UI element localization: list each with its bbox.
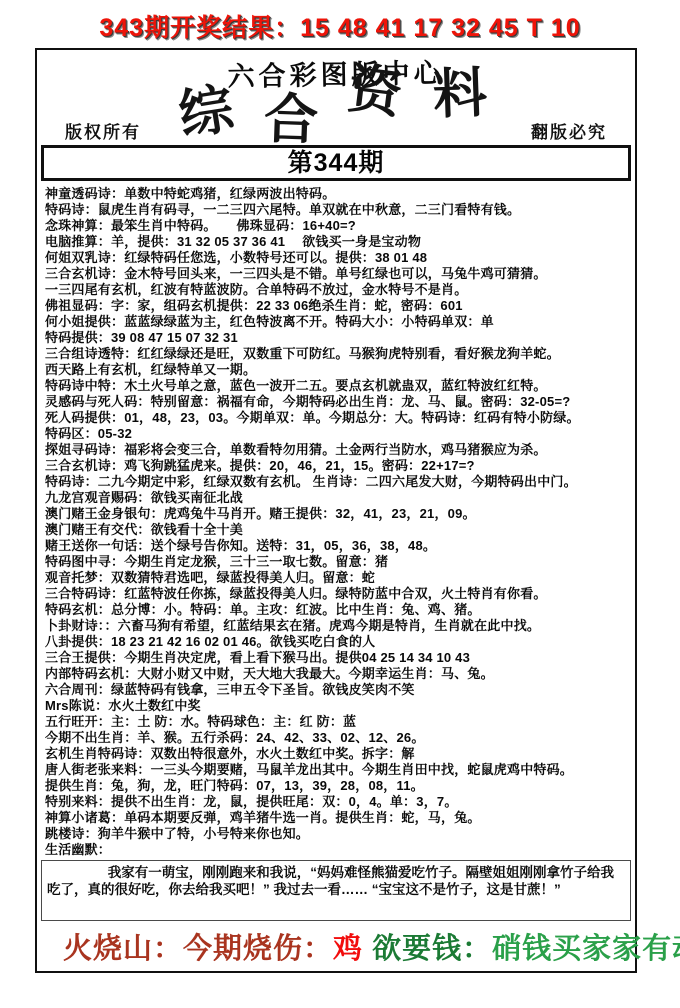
tips-list: 神童透码诗：单数中特蛇鸡猪，红绿两波出特码。特码诗：鼠虎生肖有码寻，一二三四六尾… (37, 181, 635, 858)
tip-line: 跳楼诗：狗羊牛猴中了特，小号特来你也知。 (45, 826, 635, 842)
tip-line: 特码提供：39 08 47 15 07 32 31 (45, 330, 635, 346)
tip-line: 内部特码玄机：大财小财又中财，天大地大我最大。今期幸运生肖：马、兔。 (45, 666, 635, 682)
tip-line: 生活幽默： (45, 842, 635, 858)
footer-tip: 火烧山：今期烧伤：鸡 欲要钱：硝钱买家家有动物 (37, 926, 635, 967)
tip-line: 玄机生肖特码诗：双数出特很意外，水火土数红中奖。拆字：解 (45, 746, 635, 762)
tip-line: 八卦提供：18 23 21 42 16 02 01 46。欲钱买吃白食的人 (45, 634, 635, 650)
tip-line: 电脑推算：羊，提供：31 32 05 37 36 41 欲钱买一身是宝动物 (45, 234, 635, 250)
tip-line: 特码图中寻：今期生肖定龙猴，三十三一取七数。留意：猪 (45, 554, 635, 570)
tip-line: 死人码提供：01，48，23，03。今期单双：单。今期总分：大。特码诗：红码有特… (45, 410, 635, 426)
title-char-2: 合 (263, 91, 325, 147)
tip-line: 五行旺开：主：土 防：水。特码球色：主：红 防：蓝 (45, 714, 635, 730)
humor-box: 我家有一萌宝，刚刚跑来和我说，“妈妈难怪熊猫爱吃竹子。隔壁姐姐刚刚拿竹子给我吃了… (41, 860, 631, 921)
tip-line: 佛祖显码：字：家，组码玄机提供：22 33 06绝杀生肖：蛇，密码：601 (45, 298, 635, 314)
tip-line: 三合玄机诗：鸡飞狗跳猛虎来。提供：20，46，21，15。密码：22+17=? (45, 458, 635, 474)
tip-line: 三合王提供：今期生肖决定虎，看上看下猴马出。提供04 25 14 34 10 4… (45, 650, 635, 666)
masthead: 六合彩图版中心 综 合 资 料 版权所有 翻版必究 (37, 50, 635, 145)
tip-line: 灵感码与死人码：特别留意：祸福有命，今期特码必出生肖：龙、马、鼠。密码：32-0… (45, 394, 635, 410)
tip-line: 特码诗：二九今期定中彩，红绿双数有玄机。 生肖诗：二四六尾发大财，今期特码出中门… (45, 474, 635, 490)
footer-fire-animal: 鸡 (333, 933, 363, 965)
tip-line: 三合组诗透特：红红绿绿还是旺，双数重下可防红。马猴狗虎特别看，看好猴龙狗羊蛇。 (45, 346, 635, 362)
tip-line: 西天路上有玄机，红绿特单又一期。 (45, 362, 635, 378)
main-title: 综 合 资 料 (37, 68, 635, 122)
tip-line: 今期不出生肖：羊、猴。五行杀码：24、42、33、02、12、26。 (45, 730, 635, 746)
tip-line: 观音托梦：双数猜特君选吧，绿蓝投得美人归。留意：蛇 (45, 570, 635, 586)
tip-line: 赌王送你一句话：送个绿号告你知。送特：31，05，36，38，48。 (45, 538, 635, 554)
copyright-notice-left: 版权所有 (65, 118, 141, 143)
tip-line: 念珠神算：最笨生肖中特码。 佛珠显码：16+40=? (45, 218, 635, 234)
tip-line: 特码诗：鼠虎生肖有码寻，一二三四六尾特。单双就在中秋意，二三门看特有钱。 (45, 202, 635, 218)
tip-line: 九龙宫观音赐码：欲钱买南征北战 (45, 490, 635, 506)
title-char-3: 资 (345, 61, 411, 122)
tip-line: 三合特码诗：红蓝特波任你拣，绿蓝投得美人归。绿特防蓝中合双，火土特肖有你看。 (45, 586, 635, 602)
tip-line: Mrs陈说：水火土数红中奖 (45, 698, 635, 714)
tip-line: 特码玄机：总分博：小。特码：单。主攻：红波。比中生肖：兔、鸡、猪。 (45, 602, 635, 618)
tip-line: 探姐寻码诗：福彩将会变三合，单数看特勿用猜。土金两行当防水，鸡马猪猴应为杀。 (45, 442, 635, 458)
tip-line: 神算小诸葛：单码本期要反弹，鸡羊猪牛选一肖。提供生肖：蛇，马，兔。 (45, 810, 635, 826)
footer-money-label: 欲要钱： (363, 933, 492, 965)
tip-line: 六合周刊：绿蓝特码有钱拿，三申五令下圣旨。欲钱皮笑肉不笑 (45, 682, 635, 698)
footer-fire-label: 火烧山：今期烧伤： (63, 933, 333, 965)
title-char-1: 综 (175, 80, 243, 143)
tip-line: 特别来料：提供不出生肖：龙，鼠，提供旺尾：双：0，4。单：3，7。 (45, 794, 635, 810)
footer-money-text: 硝钱买家家有动物 (492, 933, 680, 965)
tip-line: 三合玄机诗：金木特号回头来，一三四头是不错。单号红绿也可以，马兔牛鸡可猜猜。 (45, 266, 635, 282)
tip-line: 一三四尾有玄机，红波有特蓝波防。合单特码不放过，金水特号不是肖。 (45, 282, 635, 298)
issue-title: 第344期 (288, 149, 385, 177)
tip-line: 提供生肖：兔，狗，龙，旺门特码：07，13，39，28，08，11。 (45, 778, 635, 794)
title-char-4: 料 (432, 65, 494, 121)
copyright-notice-right: 翻版必究 (531, 118, 607, 143)
tip-line: 澳门赌王金身银句：虎鸡兔牛马肖开。赌王提供：32，41，23，21，09。 (45, 506, 635, 522)
tip-line: 唐人街老张来料：一三头今期要赌，马鼠羊龙出其中。今期生肖田中找，蛇鼠虎鸡中特码。 (45, 762, 635, 778)
tip-line: 神童透码诗：单数中特蛇鸡猪，红绿两波出特码。 (45, 186, 635, 202)
tip-line: 特码诗中特：木土火号单之意，蓝色一波开二五。要点玄机就蛊双，蓝红特波红红特。 (45, 378, 635, 394)
tip-line: 何姐双乳诗：红绿特码任您选，小数特号还可以。提供：38 01 48 (45, 250, 635, 266)
tip-line: 特码区：05-32 (45, 426, 635, 442)
humor-text: 我家有一萌宝，刚刚跑来和我说，“妈妈难怪熊猫爱吃竹子。隔壁姐姐刚刚拿竹子给我吃了… (47, 864, 625, 898)
tip-line: 澳门赌王有交代：欲钱看十全十美 (45, 522, 635, 538)
previous-draw-result: 343期开奖结果：15 48 41 17 32 45 T 10 (0, 8, 680, 44)
issue-title-box: 第344期 (41, 145, 631, 181)
tip-line: 何小姐提供：蓝蓝绿绿蓝为主，红色特波离不开。特码大小：小特码单双：单 (45, 314, 635, 330)
tip-line: 卜卦财诗：：六畜马狗有希望，红蓝结果玄在猪。虎鸡今期是特肖，生肖就在此中找。 (45, 618, 635, 634)
main-panel: 六合彩图版中心 综 合 资 料 版权所有 翻版必究 第344期 神童透码诗：单数… (35, 48, 637, 973)
